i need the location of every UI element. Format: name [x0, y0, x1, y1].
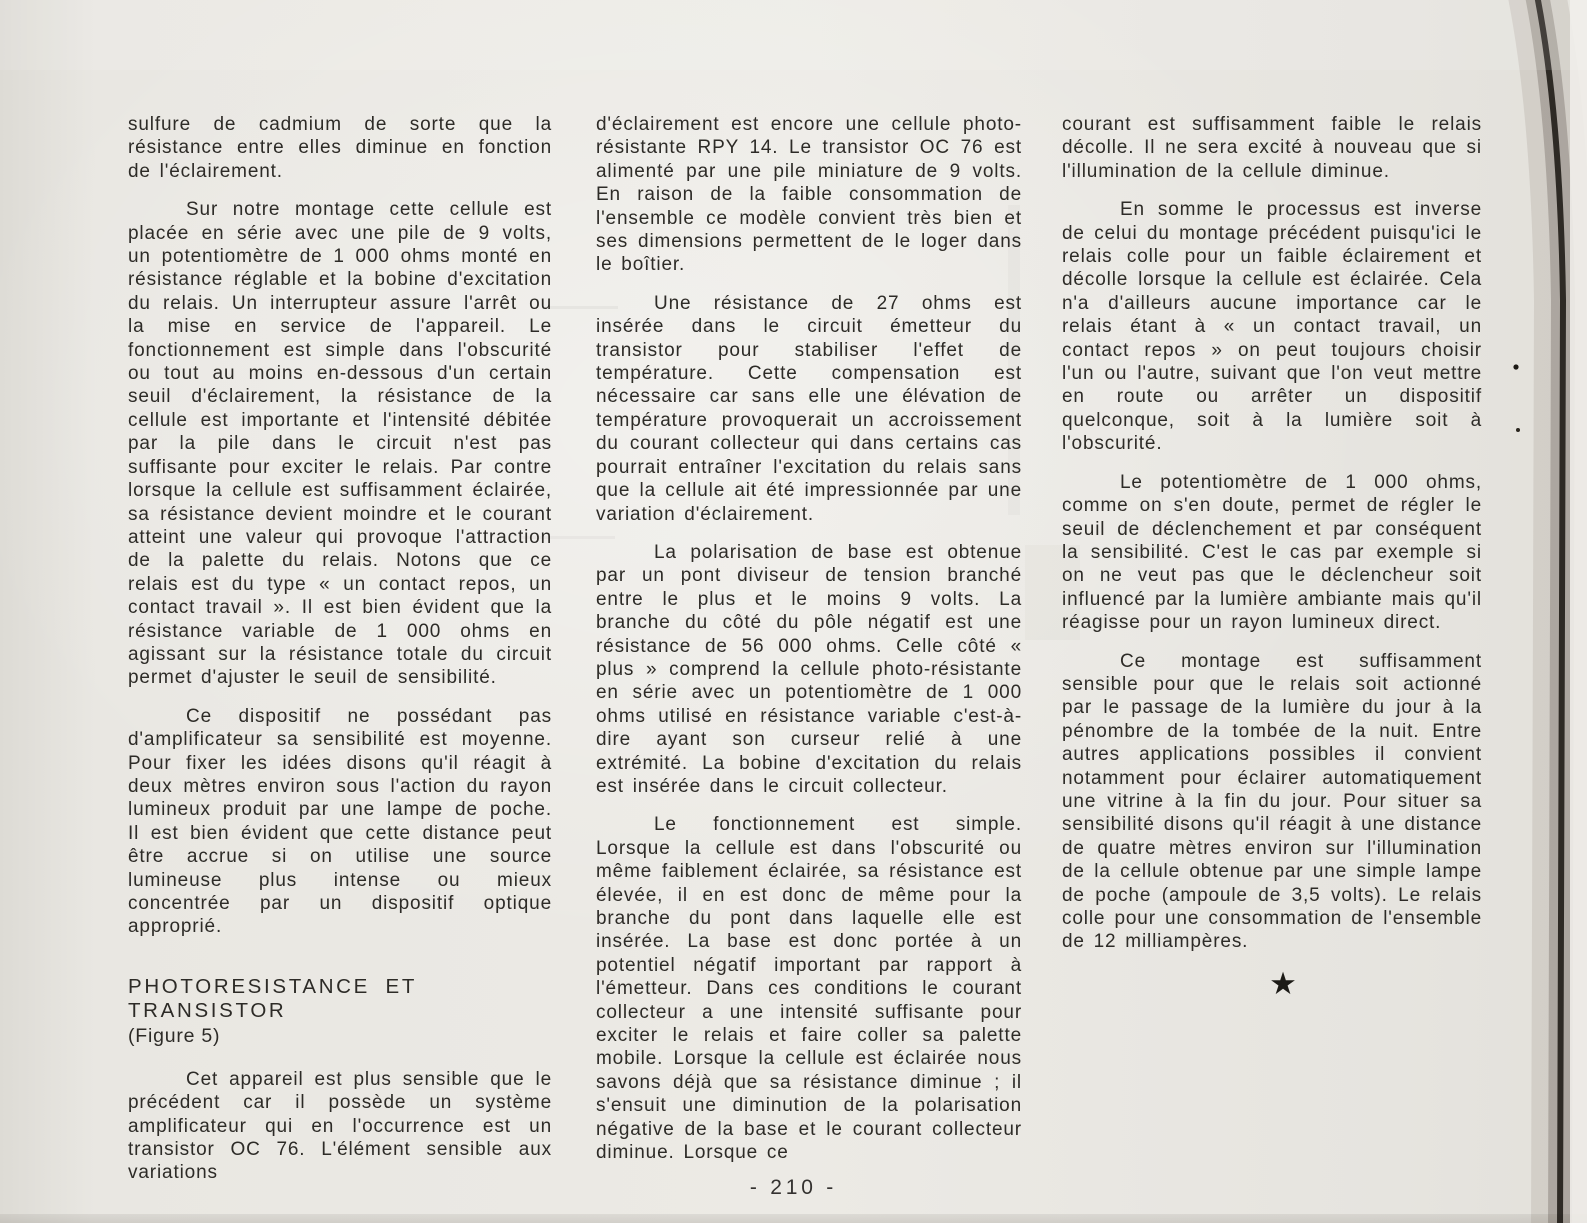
crease-line — [1536, 0, 1563, 1223]
paragraph: Ce montage est suffisamment sensible pou… — [1062, 650, 1482, 954]
paper-speck — [1513, 364, 1518, 369]
paragraph: Le potentiomètre de 1 000 ohms, comme on… — [1062, 471, 1482, 635]
paragraph: Ce dispositif ne possédant pas d'amplifi… — [128, 705, 552, 939]
paragraph: d'éclairement est encore une cellule pho… — [596, 113, 1022, 277]
next-page-sliver — [1570, 0, 1587, 1223]
paragraph: La polarisation de base est obtenue par … — [596, 541, 1022, 798]
paragraph: sulfure de cadmium de sorte que la résis… — [128, 113, 552, 183]
crease-soft-shadow — [1536, 0, 1563, 1223]
page-bottom-edge-shadow — [0, 1214, 1587, 1223]
paragraph: Le fonctionnement est simple. Lorsque la… — [596, 813, 1022, 1164]
figure-reference: (Figure 5) — [128, 1025, 552, 1048]
paragraph: courant est suffisamment faible le relai… — [1062, 113, 1482, 183]
paragraph: En somme le processus est inverse de cel… — [1062, 198, 1482, 455]
page-number: - 210 - — [0, 1176, 1587, 1200]
scanned-page: sulfure de cadmium de sorte que la résis… — [0, 0, 1587, 1223]
paper-speck — [1516, 428, 1520, 432]
column-2: d'éclairement est encore une cellule pho… — [596, 113, 1022, 1179]
crease-mid-shadow — [1536, 0, 1563, 1223]
paper-tone — [0, 0, 1587, 70]
paragraph: Une résistance de 27 ohms est insérée da… — [596, 292, 1022, 526]
paragraph: Sur notre montage cette cellule est plac… — [128, 198, 552, 690]
section-heading: PHOTORESISTANCE ET TRANSISTOR — [128, 975, 552, 1023]
column-1: sulfure de cadmium de sorte que la résis… — [128, 113, 552, 1200]
paragraph: Cet appareil est plus sensible que le pr… — [128, 1068, 552, 1185]
star-ornament: ★ — [1248, 966, 1318, 1002]
column-3: courant est suffisamment faible le relai… — [1062, 113, 1482, 969]
